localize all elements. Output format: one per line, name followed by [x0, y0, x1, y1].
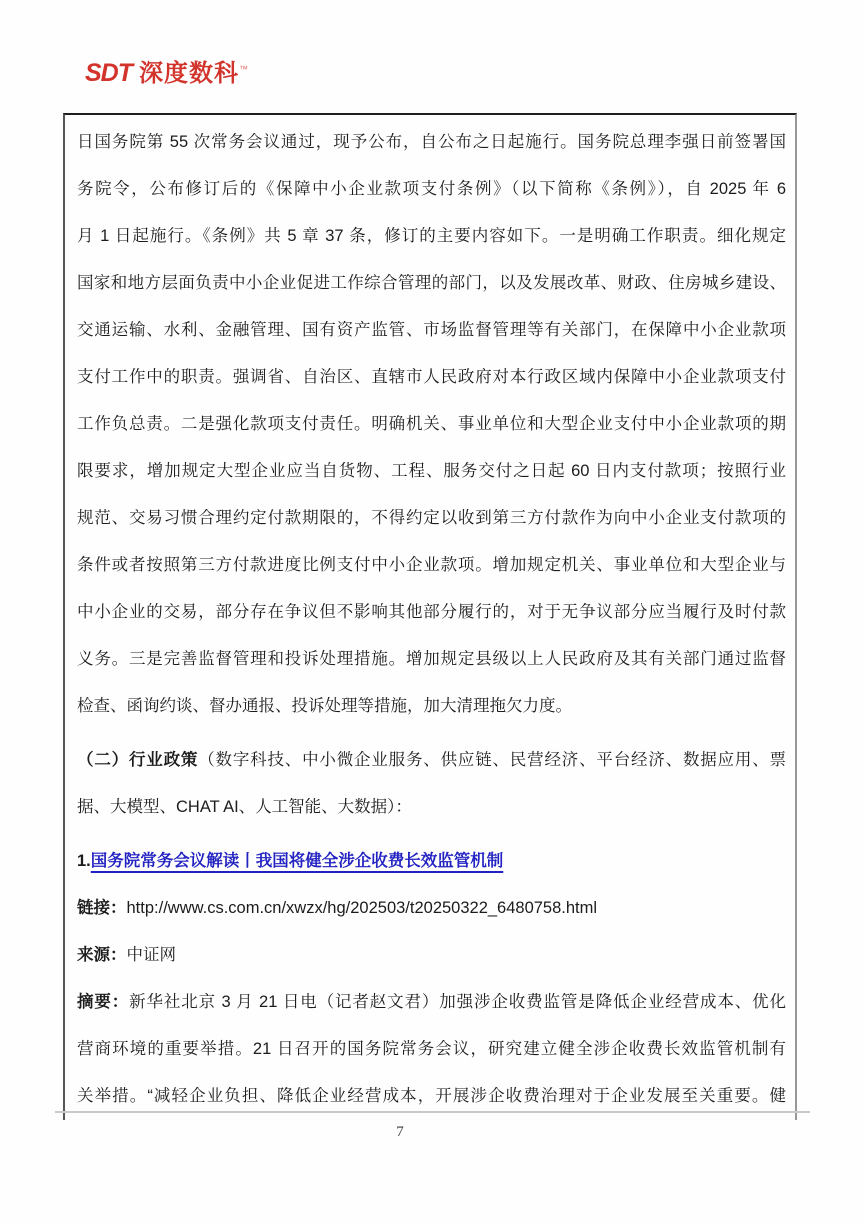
text-segment: 国家和地方层面负责中小企业促进工作综合管理的部门，以及发展改革、财政、住房城乡建… — [77, 274, 786, 292]
content-box: 日国务院第 55 次常务会议通过，现予公布，自公布之日起施行。国务院总理李强日前… — [63, 113, 797, 1120]
text-segment: （数字科技、中小微企业服务、供应链、民营经济、平台经济、数据应用、票 — [198, 751, 786, 769]
text-segment: 来源： — [77, 946, 127, 964]
text-line: （二）行业政策（数字科技、中小微企业服务、供应链、民营经济、平台经济、数据应用、… — [77, 737, 786, 784]
logo-brand-cn: 深度数科 — [139, 60, 239, 87]
text-segment: 营商环境的重要举措。21 日召开的国务院常务会议，研究建立健全涉企收费长效监管机… — [77, 1040, 786, 1058]
company-logo: SDT深度数科™ — [85, 58, 248, 92]
text-segment: （二）行业政策 — [77, 751, 198, 769]
text-line: 义务。三是完善监督管理和投诉处理措施。增加规定县级以上人民政府及其有关部门通过监… — [77, 636, 786, 683]
footer-divider — [55, 1111, 810, 1113]
logo-brand-en: SDT — [85, 59, 132, 87]
text-segment: 中证网 — [127, 946, 177, 964]
text-segment: http://www.cs.com.cn/xwzx/hg/202503/t202… — [127, 899, 598, 917]
text-segment: 工作负总责。二是强化款项支付责任。明确机关、事业单位和大型企业支付中小企业款项的… — [77, 415, 786, 433]
text-segment: 据、大模型、CHAT AI、人工智能、大数据）： — [77, 798, 412, 816]
text-segment: 规范、交易习惯合理约定付款期限的，不得约定以收到第三方付款作为向中小企业支付款项… — [77, 509, 786, 527]
text-line: 中小企业的交易，部分存在争议但不影响其他部分履行的，对于无争议部分应当履行及时付… — [77, 589, 786, 636]
text-line: 1.国务院常务会议解读丨我国将健全涉企收费长效监管机制 — [77, 838, 786, 885]
text-segment: 新华社北京 3 月 21 日电（记者赵文君）加强涉企收费监管是降低企业经营成本、… — [129, 993, 786, 1011]
text-line: 据、大模型、CHAT AI、人工智能、大数据）： — [77, 784, 786, 831]
document-page: SDT深度数科™ 日国务院第 55 次常务会议通过，现予公布，自公布之日起施行。… — [0, 0, 864, 1223]
text-line: 国家和地方层面负责中小企业促进工作综合管理的部门，以及发展改革、财政、住房城乡建… — [77, 260, 786, 307]
text-line: 检查、函询约谈、督办通报、投诉处理等措施，加大清理拖欠力度。 — [77, 683, 786, 730]
text-line: 工作负总责。二是强化款项支付责任。明确机关、事业单位和大型企业支付中小企业款项的… — [77, 401, 786, 448]
text-segment: 检查、函询约谈、督办通报、投诉处理等措施，加大清理拖欠力度。 — [77, 697, 572, 715]
text-segment: 务院令，公布修订后的《保障中小企业款项支付条例》（以下简称《条例》），自 202… — [77, 180, 786, 198]
article-link[interactable]: 国务院常务会议解读丨我国将健全涉企收费长效监管机制 — [91, 852, 504, 870]
text-line: 务院令，公布修订后的《保障中小企业款项支付条例》（以下简称《条例》），自 202… — [77, 166, 786, 213]
text-segment: 条件或者按照第三方付款进度比例支付中小企业款项。增加规定机关、事业单位和大型企业… — [77, 556, 786, 574]
text-segment: 1. — [77, 852, 91, 870]
text-segment: 交通运输、水利、金融管理、国有资产监管、市场监督管理等有关部门，在保障中小企业款… — [77, 321, 786, 339]
text-line: 链接：http://www.cs.com.cn/xwzx/hg/202503/t… — [77, 885, 786, 932]
text-line: 限要求，增加规定大型企业应当自货物、工程、服务交付之日起 60 日内支付款项；按… — [77, 448, 786, 495]
page-number: 7 — [0, 1124, 800, 1141]
text-line: 摘要：新华社北京 3 月 21 日电（记者赵文君）加强涉企收费监管是降低企业经营… — [77, 979, 786, 1026]
text-segment: 义务。三是完善监督管理和投诉处理措施。增加规定县级以上人民政府及其有关部门通过监… — [77, 650, 786, 668]
text-segment: 关举措。“减轻企业负担、降低企业经营成本，开展涉企收费治理对于企业发展至关重要。… — [77, 1087, 786, 1105]
text-line: 支付工作中的职责。强调省、自治区、直辖市人民政府对本行政区域内保障中小企业款项支… — [77, 354, 786, 401]
text-line: 日国务院第 55 次常务会议通过，现予公布，自公布之日起施行。国务院总理李强日前… — [77, 119, 786, 166]
text-segment: 摘要： — [77, 993, 129, 1011]
trademark-icon: ™ — [239, 64, 248, 74]
text-line: 月 1 日起施行。《条例》共 5 章 37 条，修订的主要内容如下。一是明确工作… — [77, 213, 786, 260]
text-line: 交通运输、水利、金融管理、国有资产监管、市场监督管理等有关部门，在保障中小企业款… — [77, 307, 786, 354]
text-line: 营商环境的重要举措。21 日召开的国务院常务会议，研究建立健全涉企收费长效监管机… — [77, 1026, 786, 1073]
text-segment: 链接： — [77, 899, 127, 917]
text-segment: 日国务院第 55 次常务会议通过，现予公布，自公布之日起施行。国务院总理李强日前… — [77, 133, 786, 151]
text-segment: 中小企业的交易，部分存在争议但不影响其他部分履行的，对于无争议部分应当履行及时付… — [77, 603, 786, 621]
text-segment: 月 1 日起施行。《条例》共 5 章 37 条，修订的主要内容如下。一是明确工作… — [77, 227, 786, 245]
text-segment: 限要求，增加规定大型企业应当自货物、工程、服务交付之日起 60 日内支付款项；按… — [77, 462, 786, 480]
text-line: 条件或者按照第三方付款进度比例支付中小企业款项。增加规定机关、事业单位和大型企业… — [77, 542, 786, 589]
text-line: 来源：中证网 — [77, 932, 786, 979]
text-line: 规范、交易习惯合理约定付款期限的，不得约定以收到第三方付款作为向中小企业支付款项… — [77, 495, 786, 542]
text-segment: 支付工作中的职责。强调省、自治区、直辖市人民政府对本行政区域内保障中小企业款项支… — [77, 368, 786, 386]
